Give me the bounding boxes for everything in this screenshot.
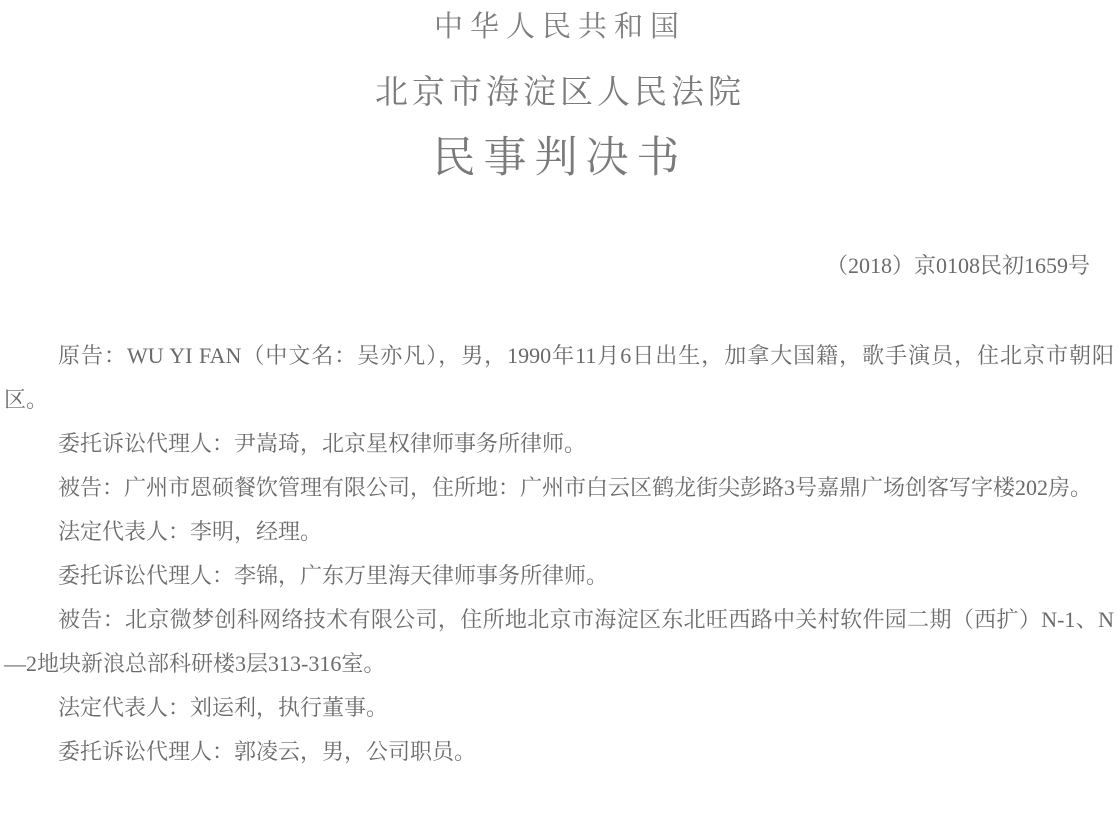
paragraph-plaintiff: 原告：WU YI FAN（中文名：吴亦凡），男，1990年11月6日出生，加拿大… bbox=[4, 334, 1114, 422]
document-header: 中华人民共和国 北京市海淀区人民法院 民事判决书 bbox=[0, 0, 1120, 180]
paragraph-defendant-1-representative: 法定代表人：李明，经理。 bbox=[4, 510, 1114, 554]
case-number: （2018）京0108民初1659号 bbox=[0, 255, 1120, 277]
paragraph-defendant-1: 被告：广州市恩硕餐饮管理有限公司，住所地：广州市白云区鹤龙街尖彭路3号嘉鼎广场创… bbox=[4, 466, 1114, 510]
paragraph-defendant-2-representative: 法定代表人：刘运利，执行董事。 bbox=[4, 686, 1114, 730]
document-type-title: 民事判决书 bbox=[0, 137, 1120, 180]
header-court-name: 北京市海淀区人民法院 bbox=[0, 77, 1120, 110]
paragraph-plaintiff-agent: 委托诉讼代理人：尹嵩琦，北京星权律师事务所律师。 bbox=[4, 422, 1114, 466]
judgment-document-page: 中华人民共和国 北京市海淀区人民法院 民事判决书 （2018）京0108民初16… bbox=[0, 0, 1120, 813]
document-body: 原告：WU YI FAN（中文名：吴亦凡），男，1990年11月6日出生，加拿大… bbox=[0, 334, 1120, 774]
paragraph-defendant-2: 被告：北京微梦创科网络技术有限公司，住所地北京市海淀区东北旺西路中关村软件园二期… bbox=[4, 598, 1114, 686]
header-country-line: 中华人民共和国 bbox=[0, 13, 1120, 42]
paragraph-defendant-1-agent: 委托诉讼代理人：李锦，广东万里海天律师事务所律师。 bbox=[4, 554, 1114, 598]
paragraph-defendant-2-agent: 委托诉讼代理人：郭凌云，男，公司职员。 bbox=[4, 730, 1114, 774]
